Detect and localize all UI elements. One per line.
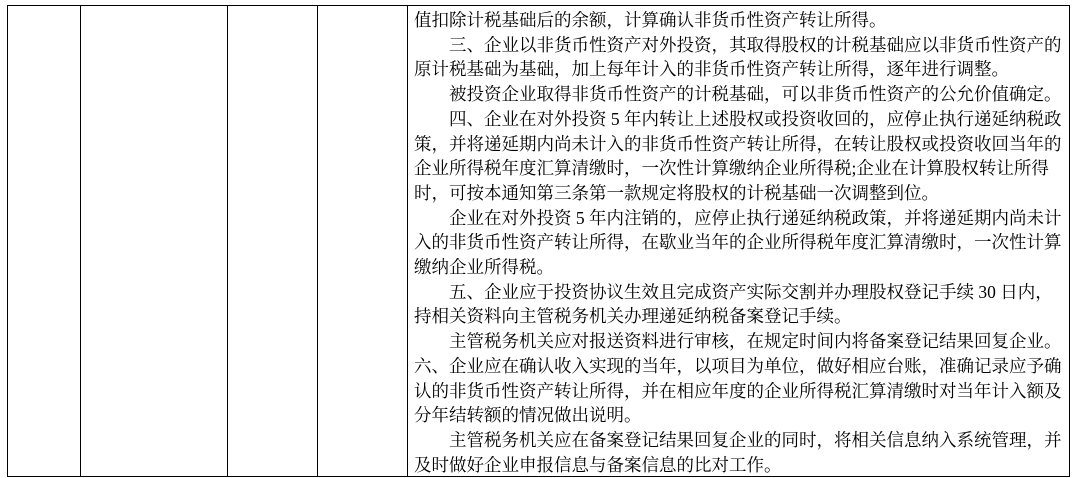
text-line-7: 企业所得税年度汇算清缴时，一次性计算缴纳企业所得税;企业在计算股权转让所得 <box>414 156 1066 181</box>
table-cell-1 <box>8 6 81 476</box>
text-line-15: 六、企业应在确认收入实现的当年，以项目为单位，做好相应台账，准确记录应予确 <box>414 354 1066 379</box>
text-line-11: 缴纳企业所得税。 <box>414 255 1066 280</box>
text-line-1: 值扣除计税基础后的余额，计算确认非货币性资产转让所得。 <box>414 8 1066 33</box>
text-line-5: 四、企业在对外投资 5 年内转让上述股权或投资收回的，应停止执行递延纳税政 <box>414 107 1066 132</box>
text-line-9: 企业在对外投资 5 年内注销的，应停止执行递延纳税政策，并将递延期内尚未计 <box>414 206 1066 231</box>
document-page: 值扣除计税基础后的余额，计算确认非货币性资产转让所得。 三、企业以非货币性资产对… <box>0 0 1074 478</box>
table-cell-3 <box>228 6 318 476</box>
text-line-19: 及时做好企业申报信息与备案信息的比对工作。 <box>414 453 1066 478</box>
text-line-8: 时，可按本通知第三条第一款规定将股权的计税基础一次调整到位。 <box>414 181 1066 206</box>
text-line-6: 策，并将递延期内尚未计入的非货币性资产转让所得，在转让股权或投资收回当年的 <box>414 132 1066 157</box>
policy-table: 值扣除计税基础后的余额，计算确认非货币性资产转让所得。 三、企业以非货币性资产对… <box>7 5 1070 477</box>
table-cell-2 <box>81 6 228 476</box>
text-line-13: 持相关资料向主管税务机关办理递延纳税备案登记手续。 <box>414 304 1066 329</box>
text-line-10: 入的非货币性资产转让所得，在歇业当年的企业所得税年度汇算清缴时，一次性计算 <box>414 230 1066 255</box>
text-line-2: 三、企业以非货币性资产对外投资，其取得股权的计税基础应以非货币性资产的 <box>414 33 1066 58</box>
text-line-17: 分年结转额的情况做出说明。 <box>414 403 1066 428</box>
text-line-4: 被投资企业取得非货币性资产的计税基础，可以非货币性资产的公允价值确定。 <box>414 82 1066 107</box>
table-cell-4 <box>318 6 408 476</box>
text-line-12: 五、企业应于投资协议生效且完成资产实际交割并办理股权登记手续 30 日内， <box>414 280 1066 305</box>
table-cell-content: 值扣除计税基础后的余额，计算确认非货币性资产转让所得。 三、企业以非货币性资产对… <box>408 6 1069 478</box>
text-line-16: 认的非货币性资产转让所得，并在相应年度的企业所得税汇算清缴时对当年计入额及 <box>414 379 1066 404</box>
text-line-14: 主管税务机关应对报送资料进行审核，在规定时间内将备案登记结果回复企业。 <box>414 329 1066 354</box>
text-line-3: 原计税基础为基础，加上每年计入的非货币性资产转让所得，逐年进行调整。 <box>414 57 1066 82</box>
text-line-18: 主管税务机关应在备案登记结果回复企业的同时，将相关信息纳入系统管理，并 <box>414 428 1066 453</box>
